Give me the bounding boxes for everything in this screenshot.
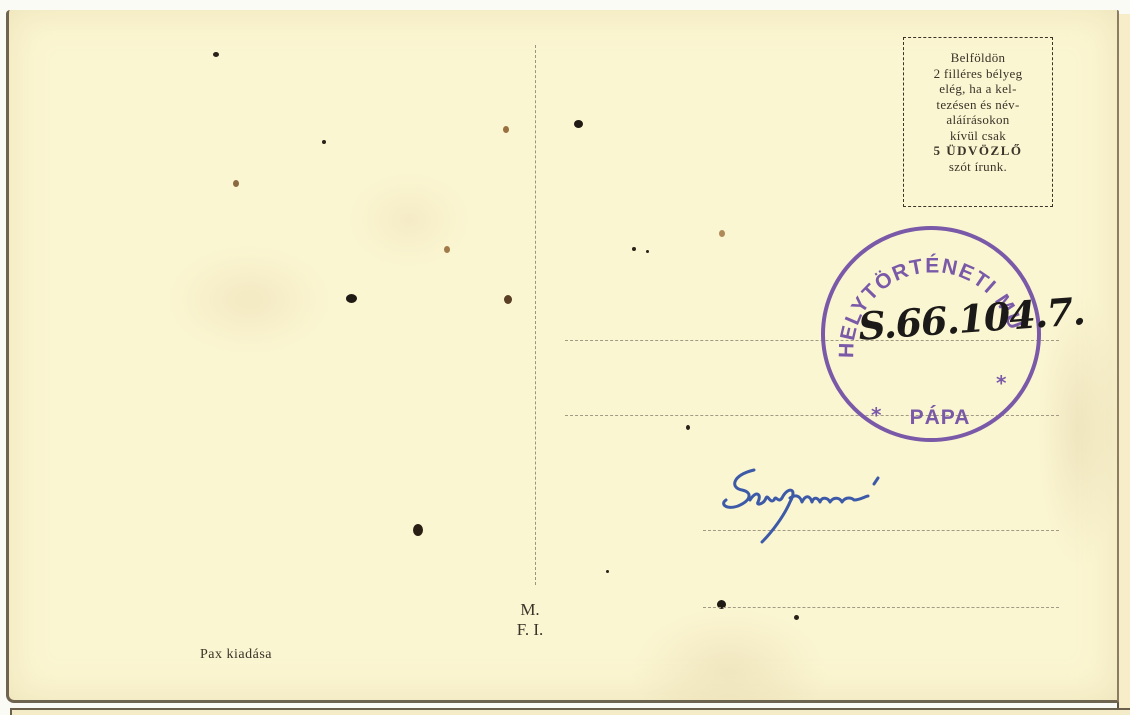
stamp-box-line: tezésen és név- [904, 97, 1052, 113]
stamp-box-line: aláírásokon [904, 112, 1052, 128]
printer-mark-line-2: F. I. [500, 620, 560, 640]
adjacent-card-edge-bottom [10, 708, 1130, 715]
ink-spot [794, 615, 799, 620]
ink-spot [233, 180, 239, 187]
stamp-asterisk-icon: * [871, 403, 882, 427]
postage-stamp-box: Belföldön 2 filléres bélyeg elég, ha a k… [903, 37, 1053, 207]
stamp-box-line: 2 filléres bélyeg [904, 66, 1052, 82]
printer-mark: M. F. I. [500, 600, 560, 640]
stamp-box-line: kívül csak [904, 128, 1052, 144]
stamp-asterisk-icon: * [996, 371, 1007, 395]
ink-spot [606, 570, 609, 573]
stamp-box-line: 5 ÜDVÖZLŐ [904, 143, 1052, 159]
ink-spot [632, 247, 636, 251]
ink-spot [346, 294, 357, 303]
ink-spot [574, 120, 583, 128]
signature: Somfaicné [712, 460, 892, 550]
ink-spot [646, 250, 649, 253]
stamp-city-text: PÁPA [910, 406, 971, 429]
printer-mark-line-1: M. [500, 600, 560, 620]
ink-spot [444, 246, 450, 253]
ink-spot [504, 295, 512, 304]
stamp-box-line: elég, ha a kel- [904, 81, 1052, 97]
ink-spot [503, 126, 509, 133]
ink-spot [213, 52, 219, 57]
ink-spot [413, 524, 423, 536]
publisher-imprint: Pax kiadása [200, 647, 272, 663]
stamp-box-line: szót írunk. [904, 159, 1052, 175]
ink-spot [686, 425, 690, 430]
message-address-divider [535, 45, 536, 585]
ink-spot [719, 230, 725, 237]
stamp-box-line: Belföldön [904, 50, 1052, 66]
ink-spot [322, 140, 326, 144]
address-line-4 [703, 607, 1059, 608]
